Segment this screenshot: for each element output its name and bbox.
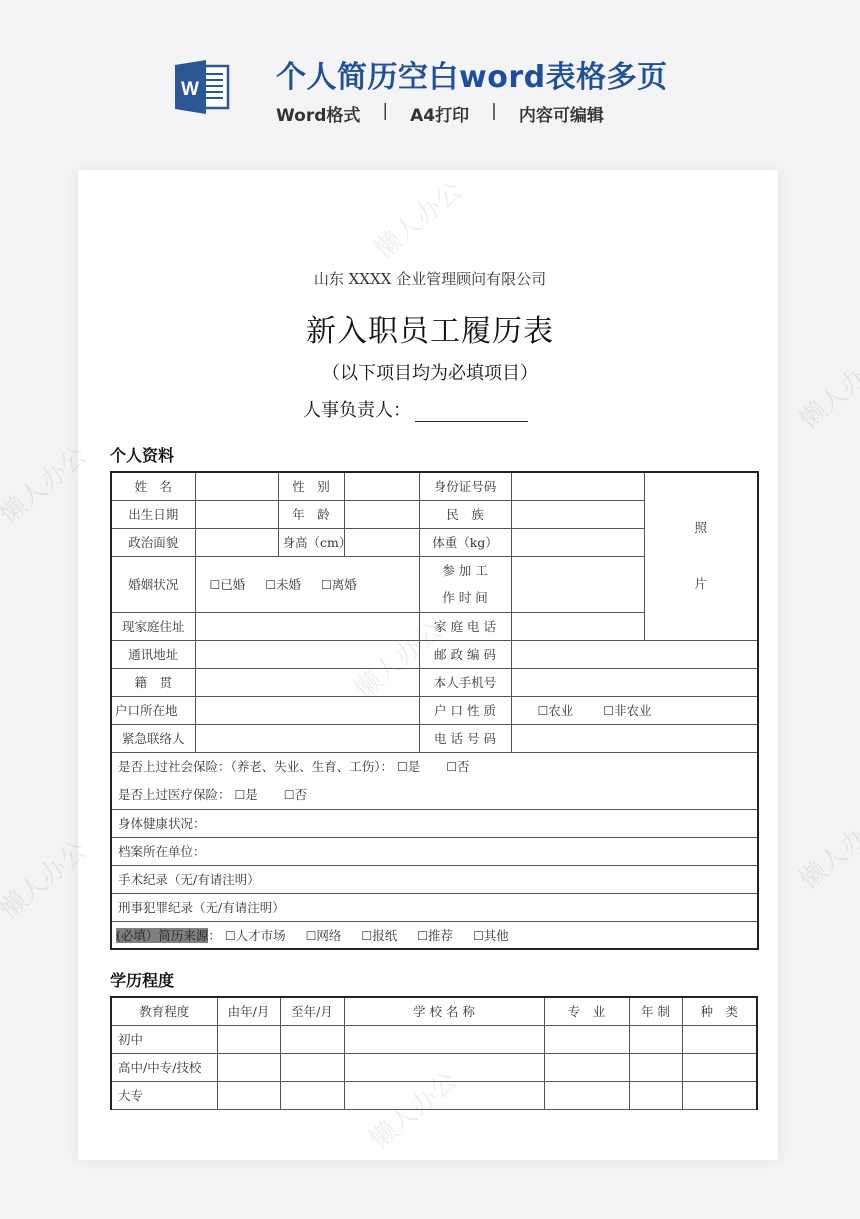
label-age: 年 龄 [278, 500, 344, 528]
field-hukou-location[interactable] [195, 696, 419, 724]
checkbox-agricultural[interactable]: 农业 [538, 703, 574, 718]
field-height[interactable] [344, 528, 419, 556]
edu-cell[interactable] [280, 1053, 344, 1081]
field-work-start[interactable] [511, 556, 644, 612]
edu-cell[interactable] [682, 1081, 757, 1109]
edu-cell[interactable] [629, 1053, 682, 1081]
section-education: 学历程度 [110, 968, 174, 991]
education-row: 初中 [111, 1025, 757, 1053]
checkbox-talent-market[interactable]: 人才市场 [225, 928, 286, 943]
banner-title: 个人简历空白word表格多页 [276, 52, 668, 96]
medical-insurance-label: 是否上过医疗保险： [118, 787, 231, 802]
checkbox-medical-yes[interactable]: 是 [235, 787, 258, 802]
field-native-place[interactable] [195, 668, 419, 696]
col-education-level: 教育程度 [111, 997, 217, 1025]
edu-cell[interactable] [629, 1025, 682, 1053]
edu-cell[interactable] [544, 1053, 629, 1081]
field-postcode[interactable] [511, 640, 758, 668]
field-archive-unit[interactable]: 档案所在单位： [111, 837, 758, 865]
watermark: 懒人办公 [790, 341, 860, 436]
checkbox-medical-no[interactable]: 否 [284, 787, 307, 802]
watermark: 懒人办公 [790, 801, 860, 896]
field-criminal-record[interactable]: 刑事犯罪纪录（无/有请注明） [111, 893, 758, 921]
col-type: 种 类 [682, 997, 757, 1025]
checkbox-non-agricultural[interactable]: 非农业 [603, 703, 651, 718]
banner-header: W 个人简历空白word表格多页 Word格式 | A4打印 | 内容可编辑 [0, 0, 860, 150]
field-health-status[interactable]: 身体健康状况： [111, 809, 758, 837]
word-icon: W [175, 60, 231, 114]
field-mailing-address[interactable] [195, 640, 419, 668]
col-major: 专 业 [544, 997, 629, 1025]
label-emergency-contact: 紧急联络人 [111, 724, 195, 752]
checkbox-newspaper[interactable]: 报纸 [361, 928, 397, 943]
checkbox-unmarried[interactable]: 未婚 [265, 577, 301, 592]
resume-source-row: (必填）简历来源： 人才市场 网络 报纸 推荐 其他 [111, 921, 758, 949]
edu-cell[interactable] [682, 1053, 757, 1081]
education-row: 高中/中专/技校 [111, 1053, 757, 1081]
field-emergency-contact[interactable] [195, 724, 419, 752]
edu-cell[interactable] [629, 1081, 682, 1109]
edu-cell[interactable] [344, 1081, 544, 1109]
checkbox-internet[interactable]: 网络 [306, 928, 342, 943]
svg-text:W: W [181, 79, 199, 100]
edu-cell[interactable] [344, 1053, 544, 1081]
label-mailing-address: 通讯地址 [111, 640, 195, 668]
hr-signature: 人事负责人： [303, 396, 528, 422]
photo-box[interactable]: 照 片 [644, 472, 758, 640]
edu-cell[interactable] [217, 1053, 280, 1081]
field-marital-status: 已婚 未婚 离婚 [195, 556, 419, 612]
separator: | [382, 101, 388, 126]
field-political-status[interactable] [195, 528, 278, 556]
label-postcode: 邮 政 编 码 [419, 640, 511, 668]
label-ethnicity: 民 族 [419, 500, 511, 528]
field-gender[interactable] [344, 472, 419, 500]
checkbox-other[interactable]: 其他 [473, 928, 509, 943]
edu-cell[interactable] [544, 1081, 629, 1109]
label-native-place: 籍 贯 [111, 668, 195, 696]
label-height: 身高（cm） [278, 528, 344, 556]
social-insurance-label: 是否上过社会保险：（养老、失业、生育、工伤）： [118, 759, 393, 774]
label-phone-number: 电 话 号 码 [419, 724, 511, 752]
field-surgery-record[interactable]: 手术纪录（无/有请注明） [111, 865, 758, 893]
col-school-name: 学 校 名 称 [344, 997, 544, 1025]
label-marital-status: 婚姻状况 [111, 556, 195, 612]
edu-level: 高中/中专/技校 [111, 1053, 217, 1081]
required-note: （以下项目均为必填项目） [0, 359, 860, 385]
education-row: 大专 [111, 1081, 757, 1109]
field-name[interactable] [195, 472, 278, 500]
hr-label: 人事负责人： [303, 396, 411, 422]
checkbox-married[interactable]: 已婚 [210, 577, 246, 592]
col-to: 至年/月 [280, 997, 344, 1025]
photo-label-2: 片 [649, 556, 754, 612]
label-name: 姓 名 [111, 472, 195, 500]
edu-cell[interactable] [217, 1081, 280, 1109]
edu-cell[interactable] [544, 1025, 629, 1053]
label-political-status: 政治面貌 [111, 528, 195, 556]
label-home-phone: 家 庭 电 话 [419, 612, 511, 640]
education-header-row: 教育程度 由年/月 至年/月 学 校 名 称 专 业 年 制 种 类 [111, 997, 757, 1025]
photo-label-1: 照 [649, 500, 754, 556]
format-tag: Word格式 [276, 101, 360, 126]
section-personal-info: 个人资料 [110, 443, 174, 466]
col-from: 由年/月 [217, 997, 280, 1025]
separator: | [491, 101, 497, 126]
checkbox-divorced[interactable]: 离婚 [321, 577, 357, 592]
field-birth-date[interactable] [195, 500, 278, 528]
label-home-address: 现家庭住址 [111, 612, 195, 640]
field-weight[interactable] [511, 528, 644, 556]
edu-cell[interactable] [682, 1025, 757, 1053]
field-home-phone[interactable] [511, 612, 644, 640]
label-hukou-type: 户 口 性 质 [419, 696, 511, 724]
label-id-number: 身份证号码 [419, 472, 511, 500]
edu-level: 初中 [111, 1025, 217, 1053]
field-phone-number[interactable] [511, 724, 758, 752]
checkbox-social-no[interactable]: 否 [446, 759, 469, 774]
banner-subtitle: Word格式 | A4打印 | 内容可编辑 [276, 101, 604, 126]
edu-cell[interactable] [217, 1025, 280, 1053]
field-home-address[interactable] [195, 612, 419, 640]
print-tag: A4打印 [410, 101, 469, 126]
label-mobile: 本人手机号 [419, 668, 511, 696]
insurance-row: 是否上过社会保险：（养老、失业、生育、工伤）： 是 否 是否上过医疗保险： 是 … [111, 752, 758, 809]
field-ethnicity[interactable] [511, 500, 644, 528]
company-name: 山东 XXXX 企业管理顾问有限公司 [0, 268, 860, 289]
education-table: 教育程度 由年/月 至年/月 学 校 名 称 专 业 年 制 种 类 初中 高中… [110, 996, 758, 1110]
hr-signature-blank[interactable] [415, 402, 528, 422]
checkbox-referral[interactable]: 推荐 [417, 928, 453, 943]
edu-level: 大专 [111, 1081, 217, 1109]
checkbox-social-yes[interactable]: 是 [397, 759, 420, 774]
edu-cell[interactable] [280, 1025, 344, 1053]
label-hukou-location: 户口所在地 [111, 696, 195, 724]
personal-info-table: 姓 名 性 别 身份证号码 照 片 出生日期 年 龄 民 族 政治面貌 身高（c… [110, 471, 759, 950]
edu-cell[interactable] [344, 1025, 544, 1053]
label-birth-date: 出生日期 [111, 500, 195, 528]
field-id-number[interactable] [511, 472, 644, 500]
field-hukou-type: 农业 非农业 [511, 696, 758, 724]
editable-tag: 内容可编辑 [519, 101, 604, 126]
col-duration: 年 制 [629, 997, 682, 1025]
label-gender: 性 别 [278, 472, 344, 500]
field-mobile[interactable] [511, 668, 758, 696]
edu-cell[interactable] [280, 1081, 344, 1109]
document-title: 新入职员工履历表 [0, 306, 860, 350]
label-work-start: 参 加 工 作 时 间 [419, 556, 511, 612]
label-weight: 体重（kg） [419, 528, 511, 556]
field-age[interactable] [344, 500, 419, 528]
resume-source-label: (必填）简历来源 [116, 928, 208, 943]
